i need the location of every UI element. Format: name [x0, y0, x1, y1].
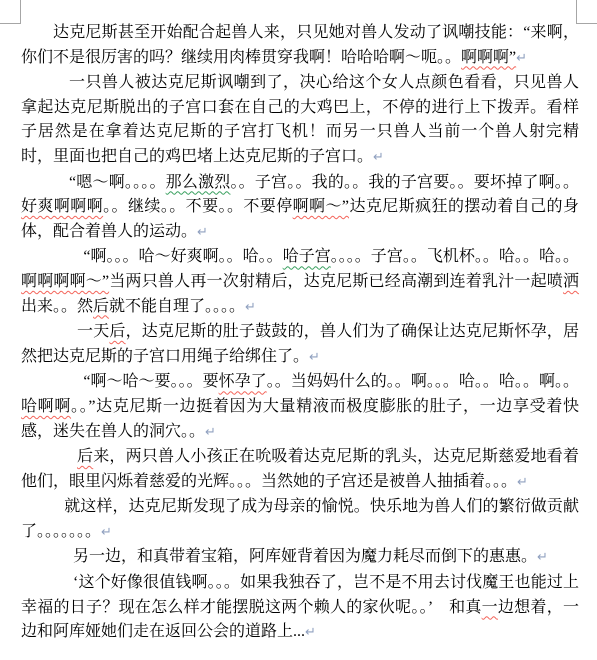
paragraph-mark-icon: ↵ [517, 475, 528, 490]
paragraph-mark-icon: ↵ [197, 225, 208, 240]
text-run: “啊。。。哈～好爽啊。。哈。。 [83, 248, 282, 265]
text-run: 。。子宫。。我的。。我的子宫要。。要坏掉了啊。。 [230, 174, 579, 191]
text-run: 。。继续。。不要。。不要停 [103, 198, 293, 215]
spellcheck-run: 啊啊啊” [461, 49, 516, 66]
document-text-area[interactable]: 达克尼斯甚至开始配合起兽人来，只见她对兽人发动了讽嘲技能：“来啊，你们不是很厉害… [21, 21, 579, 646]
paragraph: 达克尼斯甚至开始配合起兽人来，只见她对兽人发动了讽嘲技能：“来啊，你们不是很厉害… [21, 21, 579, 71]
paragraph: 后来，两只兽人小孩正在吮吸着达克尼斯的乳头，达克尼斯慈爱地看着他们，眼里闪烁着慈… [21, 445, 579, 495]
text-run: 另一边，和真带着宝箱，阿库娅背着因为魔力耗尽而倒下的惠惠。 [73, 548, 537, 565]
margin-corner-mark-top-right [576, 0, 597, 24]
paragraph-mark-icon: ↵ [305, 625, 316, 640]
paragraph: 一只兽人被达克尼斯讽嘲到了，决心给这个女人点颜色看看，只见兽人拿起达克尼斯脱出的… [21, 71, 579, 170]
paragraph: 就这样，达克尼斯发现了成为母亲的愉悦。快乐地为兽人们的繁衍做贡献了。。。。。。。… [21, 495, 579, 545]
paragraph: 另一边，和真带着宝箱，阿库娅背着因为魔力耗尽而倒下的惠惠。↵ [21, 545, 579, 571]
paragraph: “啊。。。哈～好爽啊。。哈。。哈子宫。。。。子宫。。飞机杯。。哈。。哈。。啊啊啊… [21, 245, 579, 320]
paragraph-mark-icon: ↵ [205, 425, 216, 440]
paragraph-mark-icon: ↵ [309, 350, 320, 365]
paragraph: 一天后，达克尼斯的肚子鼓鼓的，兽人们为了确保让达克尼斯怀孕，居然把达克尼斯的子宫… [21, 320, 579, 370]
grammar-run: 哈子宫 [283, 248, 331, 265]
spellcheck-run: 怀孕了 [219, 373, 267, 390]
spellcheck-run: 一 [482, 599, 498, 616]
spellcheck-run: 后 [109, 323, 125, 340]
spellcheck-run: 啊啊啊啊～” [21, 273, 109, 290]
spellcheck-run: 洒 [563, 273, 579, 290]
paragraph-mark-icon: ↵ [245, 300, 256, 315]
paragraph: ‘这个好像很值钱啊。。。如果我独吞了，岂不是不用去讨伐魔王也能过上幸福的日子？现… [21, 571, 579, 646]
text-run: 一天 [77, 323, 109, 340]
text-run: 出来。。然 [21, 298, 93, 315]
paragraph-mark-icon: ↵ [373, 150, 384, 165]
text-run: “嗯～啊。。。。 [69, 174, 166, 191]
spellcheck-run: 啊啊～” [293, 198, 349, 215]
text-run: 来，两只兽人小孩正在吮吸着达克尼斯的乳头，达克尼斯慈爱地看着他们，眼里闪烁着慈爱… [21, 448, 579, 490]
spellcheck-run: 哈啊啊 [21, 398, 71, 415]
spellcheck-run: 好爽啊啊啊 [21, 198, 103, 215]
text-run: 就不能自理了。。。。 [109, 298, 245, 315]
text-run: “啊～哈～要。。。要 [83, 373, 218, 390]
paragraph: “啊～哈～要。。。要怀孕了。。当妈妈什么的。。啊。。。哈。。哈。。啊。。哈啊啊。… [21, 370, 579, 445]
spellcheck-run: 后 [93, 298, 109, 315]
paragraph-mark-icon: ↵ [516, 51, 527, 66]
text-run: 。。当妈妈什么的。。啊。。。哈。。哈。。啊。。 [267, 373, 579, 390]
text-run: 。。。。子宫。。飞机杯。。哈。。哈。。 [331, 248, 579, 265]
paragraph: “嗯～啊。。。。那么激烈。。子宫。。我的。。我的子宫要。。要坏掉了啊。。好爽啊啊… [21, 171, 579, 246]
margin-corner-mark-top-left [0, 0, 21, 24]
grammar-run: 那么激烈 [166, 174, 231, 191]
paragraph-mark-icon: ↵ [101, 525, 112, 540]
paragraph-mark-icon: ↵ [537, 550, 548, 565]
spellcheck-run: 后 [77, 448, 93, 465]
text-run: 一只兽人被达克尼斯讽嘲到了，决心给这个女人点颜色看看，只见兽人拿起达克尼斯脱出的… [21, 74, 579, 165]
word-document-page: 达克尼斯甚至开始配合起兽人来，只见她对兽人发动了讽嘲技能：“来啊，你们不是很厉害… [0, 0, 597, 660]
text-run: 。。”达克尼斯一边挺着因为大量精液而极度膨胀的肚子，一边享受着快感，迷失在兽人的… [21, 398, 579, 440]
text-run: 当两只兽人再一次射精后，达克尼斯已经高潮到连着乳汁一起喷 [109, 273, 563, 290]
